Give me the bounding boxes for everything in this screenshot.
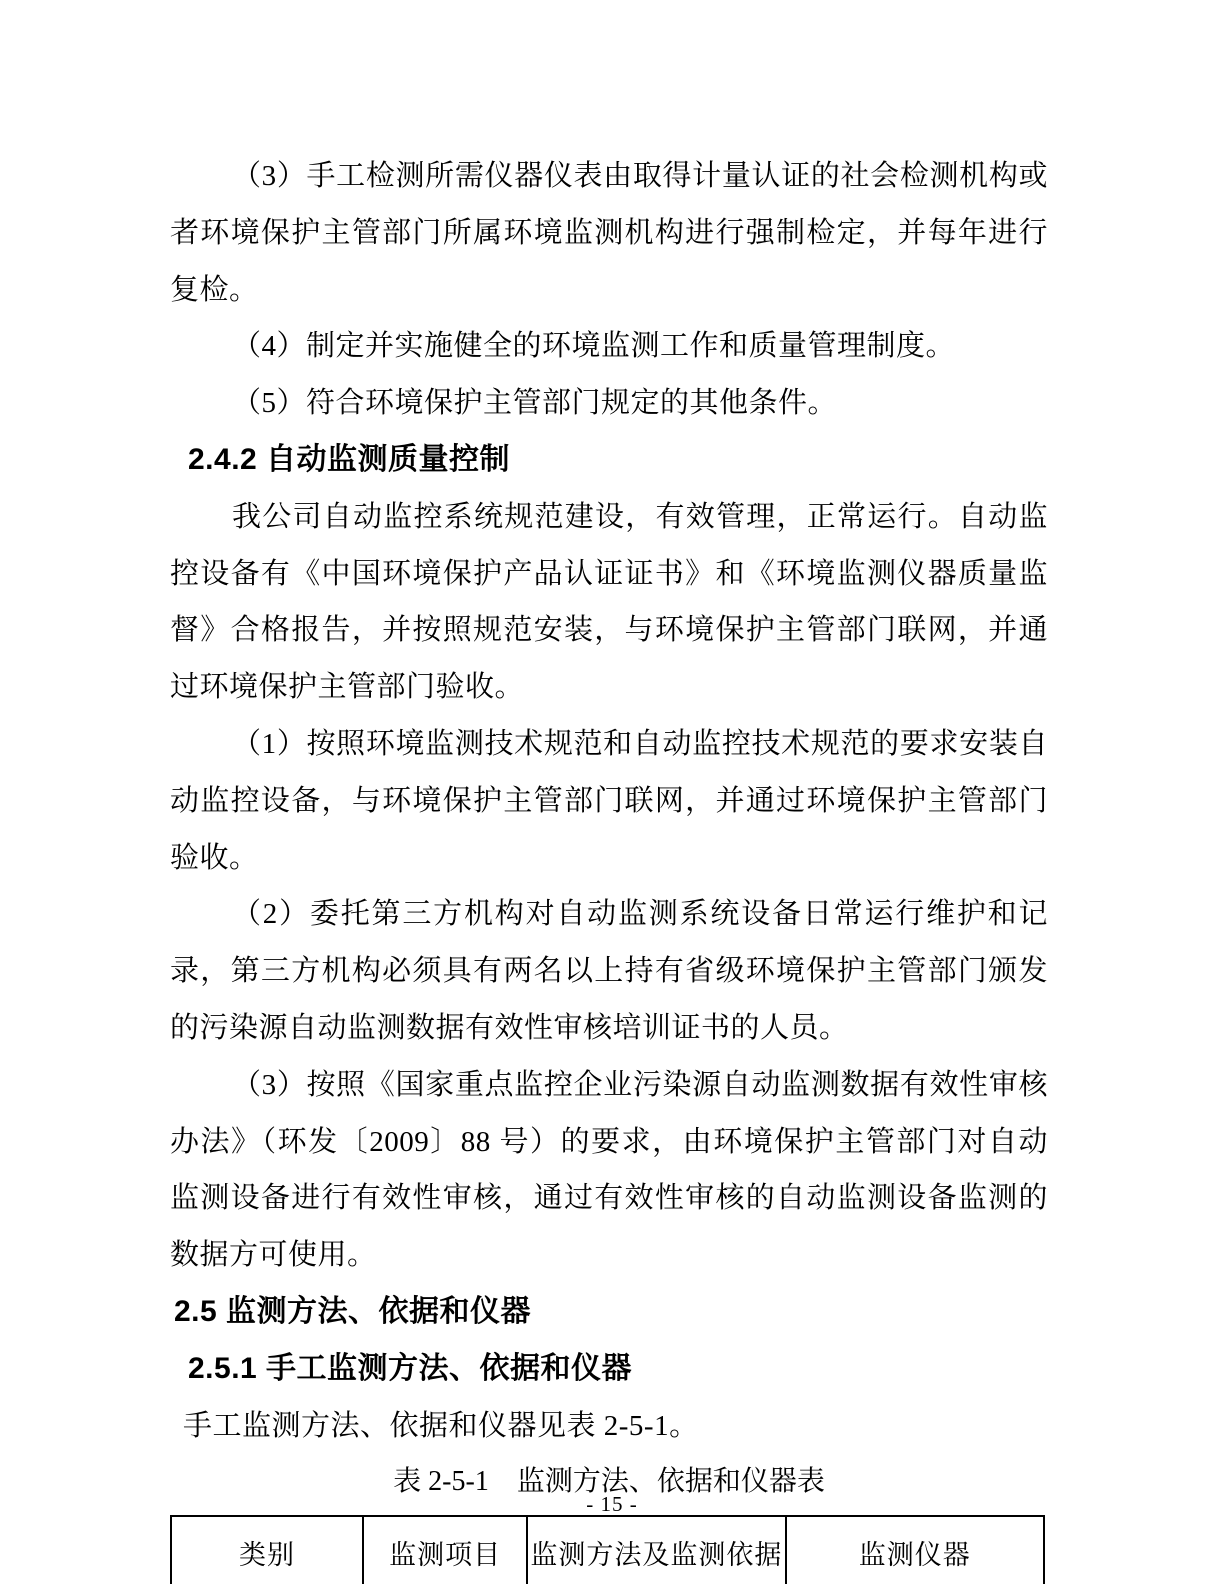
page-number: - 15 - — [0, 1492, 1224, 1517]
paragraph-auto-item-3: （3）按照《国家重点监控企业污染源自动监测数据有效性审核办法》（环发〔2009〕… — [170, 1057, 1048, 1284]
paragraph-auto-item-1: （1）按照环境监测技术规范和自动监控技术规范的要求安装自动监控设备，与环境保护主… — [170, 716, 1048, 886]
paragraph-auto-item-2: （2）委托第三方机构对自动监测系统设备日常运行维护和记录，第三方机构必须具有两名… — [170, 886, 1048, 1056]
column-header-category: 类别 — [171, 1516, 363, 1584]
section-heading-2-5-1: 2.5.1 手工监测方法、依据和仪器 — [170, 1341, 1048, 1398]
paragraph-manual-item-5: （5）符合环境保护主管部门规定的其他条件。 — [170, 375, 1048, 432]
section-heading-2-5: 2.5 监测方法、依据和仪器 — [170, 1284, 1048, 1341]
column-header-monitoring-item: 监测项目 — [363, 1516, 527, 1584]
paragraph-manual-item-3: （3）手工检测所需仪器仪表由取得计量认证的社会检测机构或者环境保护主管部门所属环… — [170, 148, 1048, 318]
monitoring-methods-table: 类别 监测项目 监测方法及监测依据 监测仪器 — [170, 1515, 1045, 1584]
column-header-method-basis: 监测方法及监测依据 — [527, 1516, 785, 1584]
table-header-row: 类别 监测项目 监测方法及监测依据 监测仪器 — [171, 1516, 1044, 1584]
paragraph-auto-monitoring-overview: 我公司自动监控系统规范建设，有效管理，正常运行。自动监控设备有《中国环境保护产品… — [170, 489, 1048, 716]
page-content: （3）手工检测所需仪器仪表由取得计量认证的社会检测机构或者环境保护主管部门所属环… — [170, 148, 1048, 1584]
section-heading-2-4-2: 2.4.2 自动监测质量控制 — [170, 432, 1048, 489]
paragraph-see-table: 手工监测方法、依据和仪器见表 2-5-1。 — [170, 1398, 1048, 1455]
column-header-instrument: 监测仪器 — [786, 1516, 1044, 1584]
paragraph-manual-item-4: （4）制定并实施健全的环境监测工作和质量管理制度。 — [170, 318, 1048, 375]
document-page: （3）手工检测所需仪器仪表由取得计量认证的社会检测机构或者环境保护主管部门所属环… — [0, 0, 1224, 1584]
